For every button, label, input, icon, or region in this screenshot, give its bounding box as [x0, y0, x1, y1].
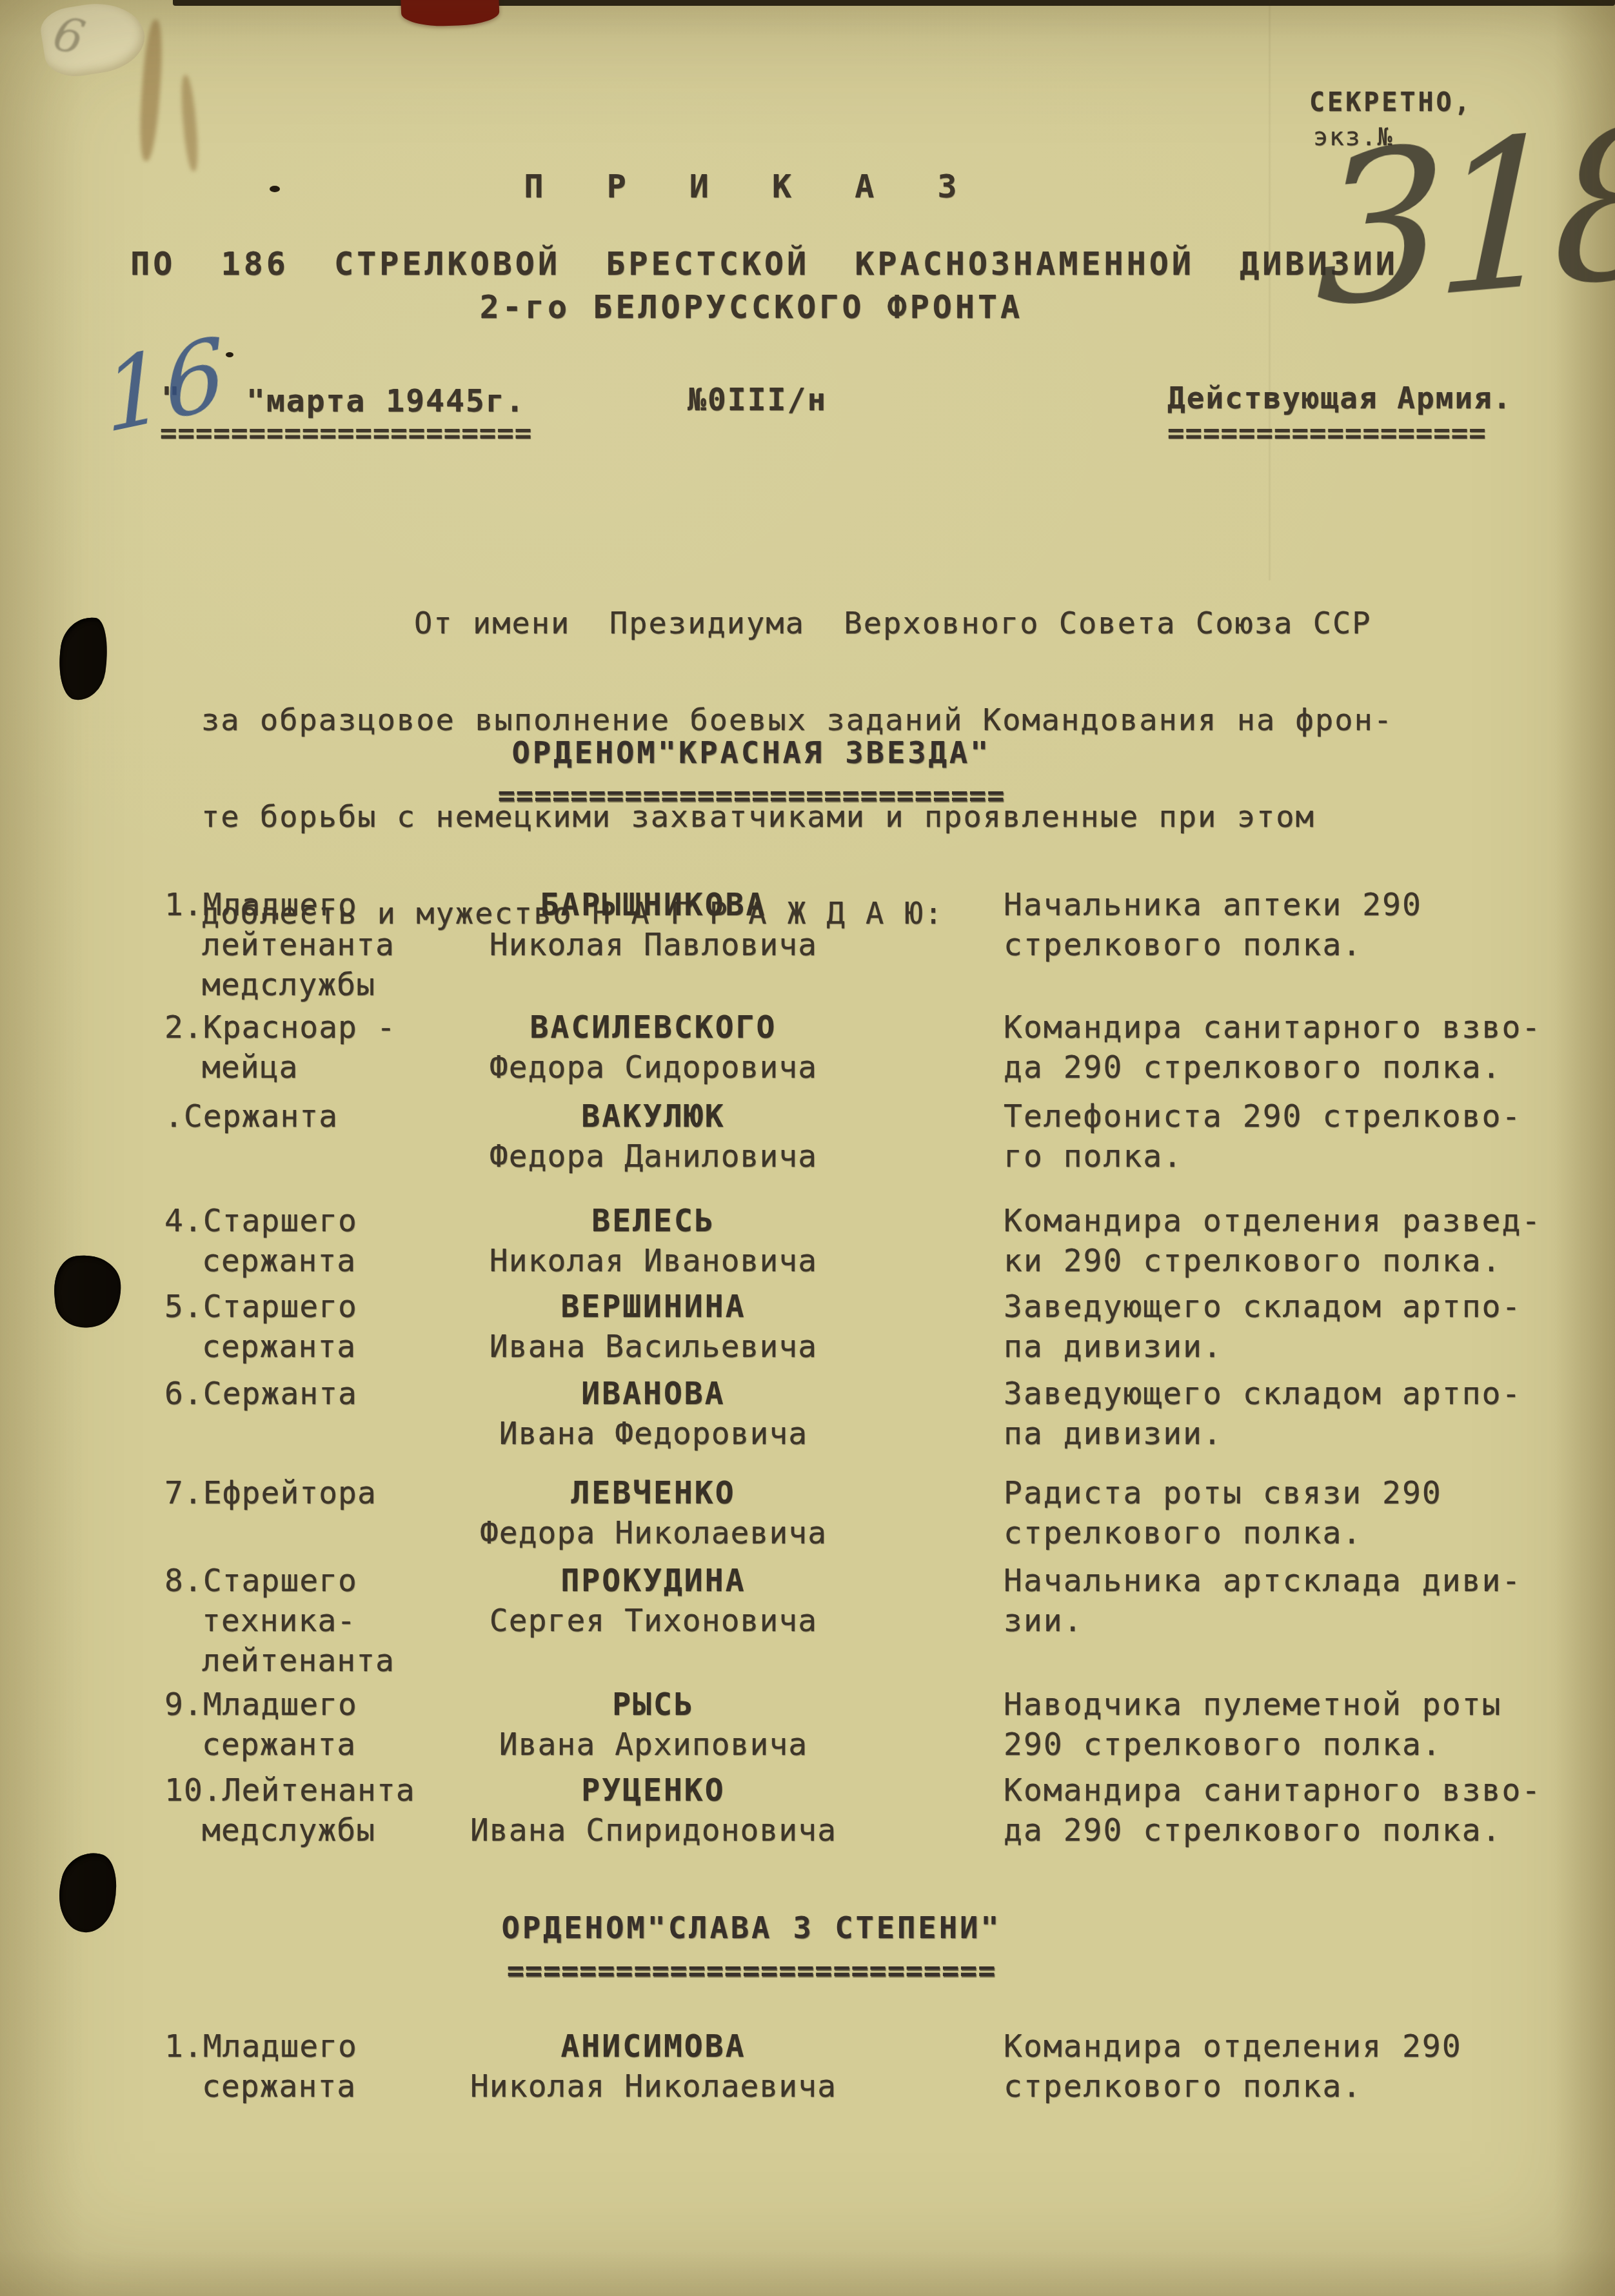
- entry-position: Командира отделения развед-ки 290 стрелк…: [1004, 1201, 1603, 1281]
- entry-position-line: ки 290 стрелкового полка.: [1004, 1241, 1603, 1281]
- entry-rank-line: лейтенанта: [164, 1641, 448, 1681]
- entry-position-line: Начальника артсклада диви-: [1004, 1561, 1603, 1601]
- underline-right: ==================: [1167, 417, 1487, 450]
- entry-surname: ВАСИЛЕВСКОГО: [418, 1007, 889, 1047]
- entry-rank: 9.Младшегосержанта: [164, 1685, 448, 1765]
- entry-surname: ВАКУЛЮК: [418, 1096, 889, 1136]
- paper-hole: [54, 613, 112, 703]
- entry-position-line: зии.: [1004, 1601, 1603, 1641]
- entry-given-name: Федора Николаевича: [418, 1513, 889, 1553]
- entry-rank: 5.Старшегосержанта: [164, 1287, 448, 1367]
- paper-stain: [137, 19, 164, 161]
- scan-top-edge: [173, 0, 1615, 6]
- entry-surname: АНИСИМОВА: [418, 2026, 889, 2066]
- award-section-heading: ОРДЕНОМ"СЛАВА 3 СТЕПЕНИ": [0, 1910, 1503, 1946]
- order-number: №0III/н: [688, 382, 827, 418]
- entry-position-line: Наводчика пулеметной роты: [1004, 1685, 1603, 1725]
- entry-position: Радиста роты связи 290стрелкового полка.: [1004, 1473, 1603, 1553]
- entry-name-block: ПРОКУДИНАСергея Тихоновича: [418, 1561, 889, 1641]
- entry-given-name: Сергея Тихоновича: [418, 1601, 889, 1641]
- preamble-line: От имени Президиума Верховного Совета Со…: [201, 608, 1588, 640]
- entry-rank-line: медслужбы: [164, 1810, 448, 1850]
- entry-rank-line: сержанта: [164, 1327, 448, 1367]
- underline-left: =====================: [160, 417, 532, 450]
- entry-surname: ЛЕВЧЕНКО: [418, 1473, 889, 1513]
- entry-position-line: Телефониста 290 стрелково-: [1004, 1096, 1603, 1136]
- award-section-underline: ===========================: [0, 1953, 1503, 1987]
- torn-corner-patch: [38, 0, 150, 81]
- entry-given-name: Николая Павловича: [418, 925, 889, 965]
- entry-position: Командира отделения 290стрелкового полка…: [1004, 2026, 1603, 2106]
- entry-name-block: БАРЫШНИКОВАНиколая Павловича: [418, 885, 889, 965]
- entry-surname: ПРОКУДИНА: [418, 1561, 889, 1601]
- army-label: Действующая Армия.: [1167, 381, 1512, 415]
- entry-surname: РУЦЕНКО: [418, 1770, 889, 1810]
- entry-given-name: Ивана Архиповича: [418, 1725, 889, 1765]
- entry-rank-line: 5.Старшего: [164, 1287, 448, 1327]
- entry-rank: .Сержанта: [164, 1096, 448, 1136]
- classification-label: СЕКРЕТНО,: [1309, 88, 1472, 117]
- entry-rank-line: 1.Младшего: [164, 885, 448, 925]
- entry-given-name: Ивана Спиридоновича: [418, 1810, 889, 1850]
- entry-position-line: стрелкового полка.: [1004, 2066, 1603, 2106]
- entry-position-line: Радиста роты связи 290: [1004, 1473, 1603, 1513]
- entry-name-block: РУЦЕНКОИвана Спиридоновича: [418, 1770, 889, 1850]
- entry-rank-line: 7.Ефрейтора: [164, 1473, 448, 1513]
- entry-rank: 2.Красноар -мейца: [164, 1007, 448, 1087]
- entry-rank: 1.Младшеголейтенантамедслужбы: [164, 885, 448, 1005]
- entry-given-name: Николая Николаевича: [418, 2066, 889, 2106]
- entry-position-line: Командира санитарного взво-: [1004, 1770, 1603, 1810]
- entry-given-name: Федора Даниловича: [418, 1136, 889, 1176]
- front-line: 2-го БЕЛОРУССКОГО ФРОНТА: [0, 288, 1503, 326]
- entry-surname: ВЕРШИНИНА: [418, 1287, 889, 1327]
- entry-given-name: Ивана Федоровича: [418, 1414, 889, 1454]
- entry-rank: 8.Старшеготехника-лейтенанта: [164, 1561, 448, 1681]
- entry-given-name: Николая Ивановича: [418, 1241, 889, 1281]
- entry-position-line: Командира отделения 290: [1004, 2026, 1603, 2066]
- scanned-order-document: 6 318 16 СЕКРЕТНО, экз.№ П Р И К А З ПО …: [0, 0, 1615, 2296]
- entry-position: Телефониста 290 стрелково-го полка.: [1004, 1096, 1603, 1176]
- entry-rank-line: сержанта: [164, 1725, 448, 1765]
- entry-position-line: па дивизии.: [1004, 1414, 1603, 1454]
- entry-rank-line: 6.Сержанта: [164, 1374, 448, 1414]
- entry-name-block: ЛЕВЧЕНКОФедора Николаевича: [418, 1473, 889, 1553]
- entry-name-block: ВЕЛЕСЬНиколая Ивановича: [418, 1201, 889, 1281]
- entry-rank-line: мейца: [164, 1047, 448, 1087]
- entry-surname: РЫСЬ: [418, 1685, 889, 1725]
- entry-position-line: да 290 стрелкового полка.: [1004, 1047, 1603, 1087]
- entry-rank: 7.Ефрейтора: [164, 1473, 448, 1513]
- entry-name-block: ВАСИЛЕВСКОГОФедора Сидоровича: [418, 1007, 889, 1087]
- entry-position-line: Заведующего складом артпо-: [1004, 1374, 1603, 1414]
- date-open-quote: ": [161, 381, 180, 417]
- entry-given-name: Федора Сидоровича: [418, 1047, 889, 1087]
- entry-name-block: ИВАНОВАИвана Федоровича: [418, 1374, 889, 1454]
- entry-position-line: Командира санитарного взво-: [1004, 1007, 1603, 1047]
- entry-rank-line: лейтенанта: [164, 925, 448, 965]
- entry-rank: 6.Сержанта: [164, 1374, 448, 1414]
- paper-fold-shadow: [1268, 0, 1271, 580]
- entry-position-line: стрелкового полка.: [1004, 1513, 1603, 1553]
- paper-speck: [226, 352, 233, 357]
- date-text: "марта 19445г.: [246, 383, 526, 419]
- division-line: ПО 186 СТРЕЛКОВОЙ БРЕСТСКОЙ КРАСНОЗНАМЕН…: [0, 245, 1529, 282]
- entry-position: Начальника артсклада диви-зии.: [1004, 1561, 1603, 1641]
- entry-position: Командира санитарного взво-да 290 стрелк…: [1004, 1770, 1603, 1850]
- entry-name-block: АНИСИМОВАНиколая Николаевича: [418, 2026, 889, 2106]
- entry-surname: ИВАНОВА: [418, 1374, 889, 1414]
- entry-rank-line: медслужбы: [164, 965, 448, 1005]
- entry-rank: 4.Старшегосержанта: [164, 1201, 448, 1281]
- entry-rank-line: 10.Лейтенанта: [164, 1770, 448, 1810]
- entry-position-line: Командира отделения развед-: [1004, 1201, 1603, 1241]
- entry-rank-line: 8.Старшего: [164, 1561, 448, 1601]
- entry-rank-line: 4.Старшего: [164, 1201, 448, 1241]
- entry-position-line: Заведующего складом артпо-: [1004, 1287, 1603, 1327]
- entry-rank: 10.Лейтенантамедслужбы: [164, 1770, 448, 1850]
- entry-given-name: Ивана Васильевича: [418, 1327, 889, 1367]
- entry-rank-line: 1.Младшего: [164, 2026, 448, 2066]
- entry-position: Заведующего складом артпо-па дивизии.: [1004, 1287, 1603, 1367]
- entry-rank-line: 9.Младшего: [164, 1685, 448, 1725]
- entry-position-line: па дивизии.: [1004, 1327, 1603, 1367]
- entry-name-block: ВАКУЛЮКФедора Даниловича: [418, 1096, 889, 1176]
- entry-surname: БАРЫШНИКОВА: [418, 885, 889, 925]
- entry-position: Начальника аптеки 290стрелкового полка.: [1004, 885, 1603, 965]
- entry-rank-line: сержанта: [164, 1241, 448, 1281]
- entry-surname: ВЕЛЕСЬ: [418, 1201, 889, 1241]
- entry-name-block: ВЕРШИНИНАИвана Васильевича: [418, 1287, 889, 1367]
- entry-position-line: да 290 стрелкового полка.: [1004, 1810, 1603, 1850]
- entry-position-line: стрелкового полка.: [1004, 925, 1603, 965]
- entry-position-line: го полка.: [1004, 1136, 1603, 1176]
- entry-rank: 1.Младшегосержанта: [164, 2026, 448, 2106]
- entry-position: Командира санитарного взво-да 290 стрелк…: [1004, 1007, 1603, 1087]
- entry-rank-line: техника-: [164, 1601, 448, 1641]
- paper-stain: [179, 74, 201, 172]
- award-section-underline: ============================: [0, 778, 1503, 812]
- entry-position-line: Начальника аптеки 290: [1004, 885, 1603, 925]
- entry-name-block: РЫСЬИвана Архиповича: [418, 1685, 889, 1765]
- paper-hole: [50, 1252, 124, 1331]
- pencil-corner-mark: 6: [48, 6, 90, 66]
- entry-rank-line: .Сержанта: [164, 1096, 448, 1136]
- entry-rank-line: 2.Красноар -: [164, 1007, 448, 1047]
- order-title: П Р И К А З: [0, 168, 1503, 205]
- preamble-line: за образцовое выполнение боевых заданий …: [201, 704, 1588, 737]
- entry-position-line: 290 стрелкового полка.: [1004, 1725, 1603, 1765]
- red-tape-mark: [401, 0, 500, 28]
- copy-number-label: экз.№: [1313, 123, 1393, 151]
- entry-position: Наводчика пулеметной роты290 стрелкового…: [1004, 1685, 1603, 1765]
- entry-position: Заведующего складом артпо-па дивизии.: [1004, 1374, 1603, 1454]
- award-section-heading: ОРДЕНОМ"КРАСНАЯ ЗВЕЗДА": [0, 735, 1503, 771]
- entry-rank-line: сержанта: [164, 2066, 448, 2106]
